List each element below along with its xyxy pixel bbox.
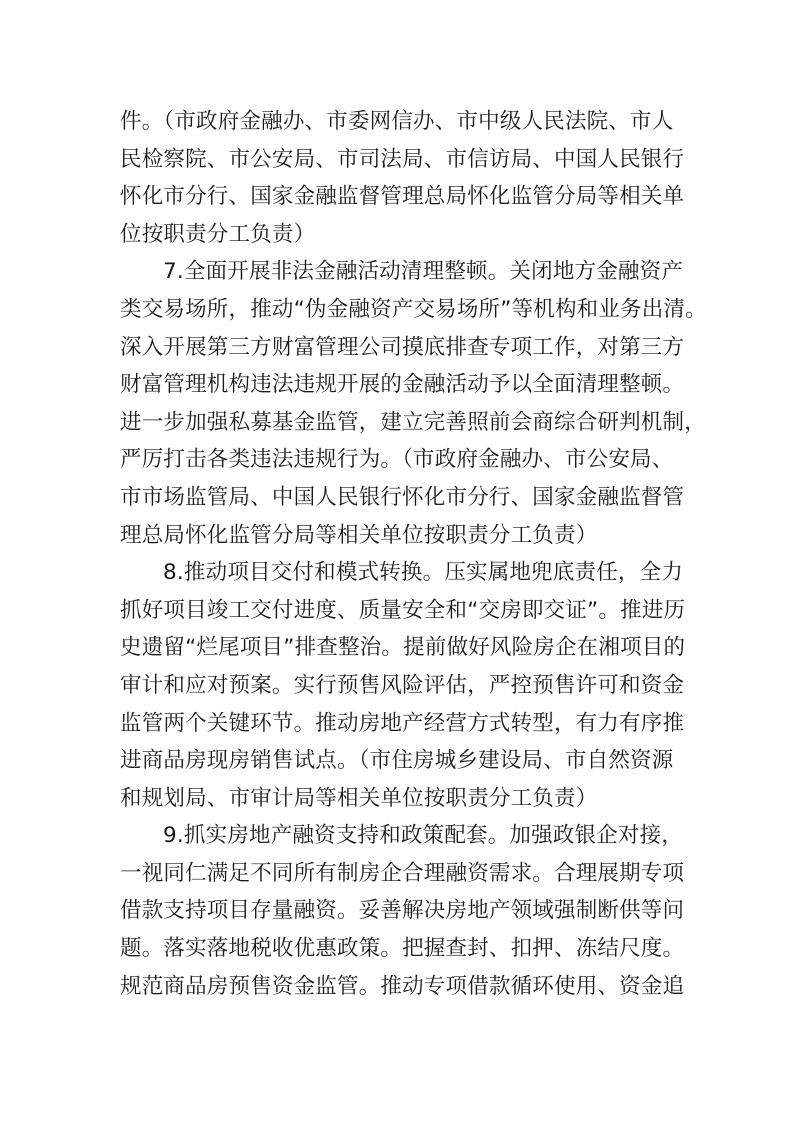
text-line: 民检察院、市公安局、市司法局、市信访局、中国人民银行	[120, 141, 676, 179]
text-line: 规范商品房预售资金监管。推动专项借款循环使用、资金追	[120, 968, 676, 1006]
text-line: 深入开展第三方财富管理公司摸底排查专项工作，对第三方	[120, 329, 676, 367]
paragraph-heading-line: 7.全面开展非法金融活动清理整顿。关闭地方金融资产	[120, 253, 676, 291]
text-line: 审计和应对预案。实行预售风险评估，严控预售许可和资金	[120, 667, 676, 705]
document-page: 件。（市政府金融办、市委网信办、市中级人民法院、市人民检察院、市公安局、市司法局…	[120, 103, 676, 1005]
text-line: 类交易场所，推动“伪金融资产交易场所”等机构和业务出清。	[120, 291, 676, 329]
text-line: 市市场监管局、中国人民银行怀化市分行、国家金融监督管	[120, 479, 676, 517]
text-line: 史遗留“烂尾项目”排查整治。提前做好风险房企在湘项目的	[120, 629, 676, 667]
text-line: 严厉打击各类违法违规行为。（市政府金融办、市公安局、	[120, 441, 676, 479]
text-line: 进一步加强私募基金监管，建立完善照前会商综合研判机制，	[120, 404, 676, 442]
text-line: 和规划局、市审计局等相关单位按职责分工负责）	[120, 780, 676, 818]
paragraph-heading-line: 8.推动项目交付和模式转换。压实属地兜底责任，全力	[120, 554, 676, 592]
text-line: 抓好项目竣工交付进度、质量安全和“交房即交证”。推进历	[120, 592, 676, 630]
text-line: 怀化市分行、国家金融监督管理总局怀化监管分局等相关单	[120, 178, 676, 216]
text-line: 监管两个关键环节。推动房地产经营方式转型，有力有序推	[120, 705, 676, 743]
text-line: 一视同仁满足不同所有制房企合理融资需求。合理展期专项	[120, 855, 676, 893]
text-line: 件。（市政府金融办、市委网信办、市中级人民法院、市人	[120, 103, 676, 141]
text-line: 题。落实落地税收优惠政策。把握查封、扣押、冻结尺度。	[120, 930, 676, 968]
paragraph-heading-line: 9.抓实房地产融资支持和政策配套。加强政银企对接，	[120, 817, 676, 855]
text-line: 进商品房现房销售试点。（市住房城乡建设局、市自然资源	[120, 742, 676, 780]
text-line: 位按职责分工负责）	[120, 216, 676, 254]
text-line: 借款支持项目存量融资。妥善解决房地产领域强制断供等问	[120, 892, 676, 930]
text-line: 财富管理机构违法违规开展的金融活动予以全面清理整顿。	[120, 366, 676, 404]
text-line: 理总局怀化监管分局等相关单位按职责分工负责）	[120, 517, 676, 555]
